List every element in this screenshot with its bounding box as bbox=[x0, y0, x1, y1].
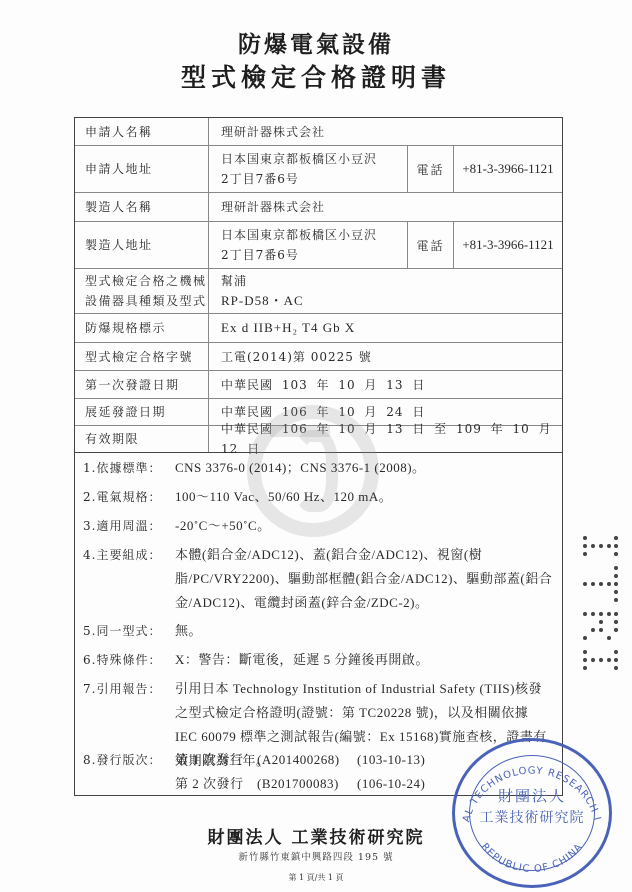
note-4: 4.主要組成： 本體(鋁合金/ADC12)、蓋(鋁合金/ADC12)、視窗(樹脂… bbox=[83, 543, 553, 615]
issue-date: (106-10-24) bbox=[357, 772, 425, 796]
note-label: 2.電氣規格： bbox=[83, 485, 175, 509]
value-manufacturer-tel: +81-3-3966-1121 bbox=[454, 222, 562, 268]
equipment-type: 幫浦 bbox=[221, 271, 562, 291]
label-applicant-name: 申請人名稱 bbox=[75, 118, 209, 145]
value-applicant-name: 理研計器株式会社 bbox=[209, 118, 562, 145]
row-manufacturer-address: 製造人地址 日本国東京都板橋区小豆沢 2丁目7番6号 電話 +81-3-3966… bbox=[75, 222, 562, 269]
note-label: 8.發行版次： bbox=[83, 748, 175, 796]
note-6: 6.特殊條件： X：警告：斷電後，延遲 5 分鐘後再開啟。 bbox=[83, 648, 553, 672]
value-manufacturer-address: 日本国東京都板橋区小豆沢 2丁目7番6号 bbox=[209, 222, 408, 268]
label-manufacturer-name: 製造人名稱 bbox=[75, 193, 209, 221]
value-cert-no: 工電(2014)第 00225 號 bbox=[209, 343, 562, 370]
value-first-issue: 中華民國 103 年 10 月 13 日 bbox=[209, 371, 562, 398]
label-validity: 有效期限 bbox=[75, 426, 209, 452]
note-label: 5.同一型式： bbox=[83, 619, 175, 643]
official-seal-stamp: INDUSTRIAL TECHNOLOGY RESEARCH INSTITUTE… bbox=[452, 738, 612, 888]
seal-line1: 財團法人 bbox=[455, 785, 609, 806]
row-applicant-name: 申請人名稱 理研計器株式会社 bbox=[75, 118, 562, 146]
equipment-label-line1: 型式檢定合格之機械 bbox=[85, 271, 208, 291]
row-applicant-address: 申請人地址 日本国東京都板橋区小豆沢 2丁目7番6号 電話 +81-3-3966… bbox=[75, 146, 562, 193]
label-renewal: 展延發證日期 bbox=[75, 399, 209, 425]
applicant-address-line1: 日本国東京都板橋区小豆沢 bbox=[221, 149, 407, 169]
note-text: CNS 3376-0 (2014)；CNS 3376-1 (2008)。 bbox=[175, 456, 553, 480]
note-label: 3.適用周溫： bbox=[83, 514, 175, 538]
note-3: 3.適用周溫： -20˚C～+50˚C。 bbox=[83, 514, 553, 538]
row-first-issue: 第一次發證日期 中華民國 103 年 10 月 13 日 bbox=[75, 371, 562, 399]
equipment-label-line2: 設備器具種類及型式 bbox=[85, 291, 208, 311]
note-label: 1.依據標準： bbox=[83, 456, 175, 480]
note-text: X：警告：斷電後，延遲 5 分鐘後再開啟。 bbox=[175, 648, 553, 672]
issue-code: (B201700083) bbox=[257, 772, 357, 796]
note-text: -20˚C～+50˚C。 bbox=[175, 514, 553, 538]
note-1: 1.依據標準： CNS 3376-0 (2014)；CNS 3376-1 (20… bbox=[83, 456, 553, 480]
title-line1: 防爆電氣設備 bbox=[0, 26, 632, 59]
label-first-issue: 第一次發證日期 bbox=[75, 371, 209, 398]
note-text: 本體(鋁合金/ADC12)、蓋(鋁合金/ADC12)、視窗(樹脂/PC/VRY2… bbox=[175, 543, 553, 615]
note-label: 6.特殊條件： bbox=[83, 648, 175, 672]
row-manufacturer-name: 製造人名稱 理研計器株式会社 bbox=[75, 193, 562, 222]
note-label: 4.主要組成： bbox=[83, 543, 175, 615]
value-ex-marking: Ex d IIB+H₂ T4 Gb X bbox=[209, 314, 562, 342]
note-text: 100～110 Vac、50/60 Hz、120 mA。 bbox=[175, 485, 553, 509]
equipment-model: RP-D58・AC bbox=[221, 291, 562, 311]
label-manufacturer-tel: 電話 bbox=[408, 222, 454, 268]
value-applicant-address: 日本国東京都板橋区小豆沢 2丁目7番6号 bbox=[209, 146, 408, 192]
issue-code: (A201400268) bbox=[257, 748, 357, 772]
label-manufacturer-address: 製造人地址 bbox=[75, 222, 209, 268]
manufacturer-address-line2: 2丁目7番6号 bbox=[221, 245, 407, 265]
watermark-t-icon bbox=[270, 425, 330, 437]
label-ex-marking: 防爆規格標示 bbox=[75, 314, 209, 342]
label-cert-no: 型式檢定合格字號 bbox=[75, 343, 209, 370]
applicant-address-line2: 2丁目7番6号 bbox=[221, 169, 407, 189]
label-applicant-tel: 電話 bbox=[408, 146, 454, 192]
footer-page: 第 1 頁/共 1 頁 bbox=[0, 872, 632, 883]
note-5: 5.同一型式： 無。 bbox=[83, 619, 553, 643]
row-cert-no: 型式檢定合格字號 工電(2014)第 00225 號 bbox=[75, 343, 562, 371]
issue-edition: 第 2 次發行 bbox=[175, 772, 257, 796]
issue-edition: 第 1 次發行 bbox=[175, 748, 257, 772]
manufacturer-address-line1: 日本国東京都板橋区小豆沢 bbox=[221, 225, 407, 245]
value-applicant-tel: +81-3-3966-1121 bbox=[454, 146, 562, 192]
value-equipment: 幫浦 RP-D58・AC bbox=[209, 269, 562, 313]
label-applicant-address: 申請人地址 bbox=[75, 146, 209, 192]
note-2: 2.電氣規格： 100～110 Vac、50/60 Hz、120 mA。 bbox=[83, 485, 553, 509]
row-ex-marking: 防爆規格標示 Ex d IIB+H₂ T4 Gb X bbox=[75, 314, 562, 343]
note-text: 無。 bbox=[175, 619, 553, 643]
footer-address: 新竹縣竹東鎮中興路四段 195 號 bbox=[0, 849, 632, 863]
row-equipment: 型式檢定合格之機械 設備器具種類及型式 幫浦 RP-D58・AC bbox=[75, 269, 562, 314]
footer-org: 財團法人 工業技術研究院 bbox=[0, 823, 632, 848]
label-equipment: 型式檢定合格之機械 設備器具種類及型式 bbox=[75, 269, 209, 313]
value-manufacturer-name: 理研計器株式会社 bbox=[209, 193, 562, 221]
certificate-table: 申請人名稱 理研計器株式会社 申請人地址 日本国東京都板橋区小豆沢 2丁目7番6… bbox=[74, 117, 563, 453]
title-line2: 型式檢定合格證明書 bbox=[0, 58, 632, 94]
issue-date: (103-10-13) bbox=[357, 748, 425, 772]
